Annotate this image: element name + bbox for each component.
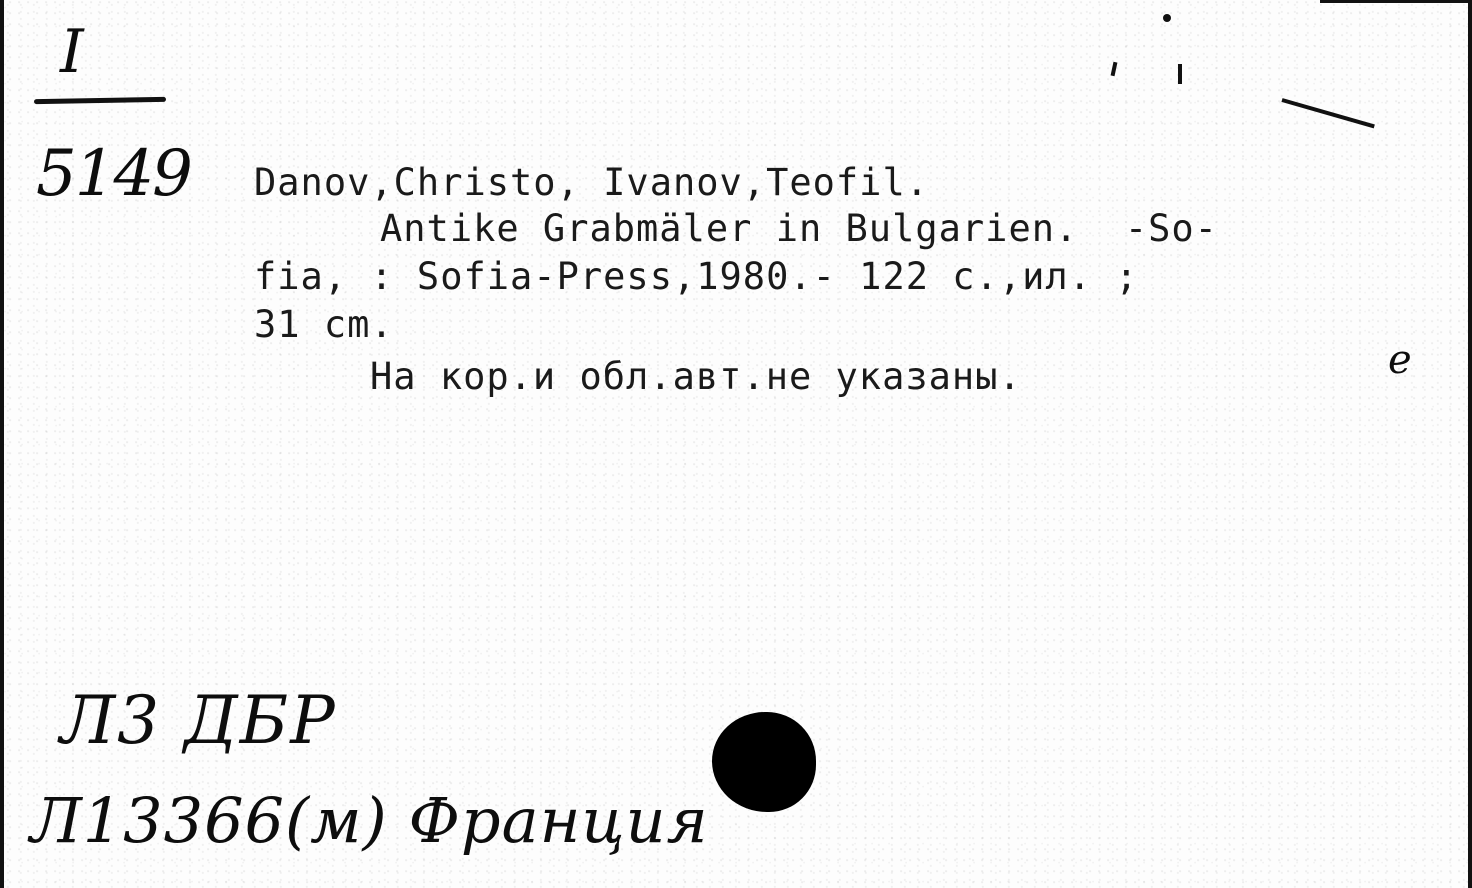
corner-handwritten-mark: e	[1388, 340, 1412, 380]
entry-authors: Danov,Christo, Ivanov,Teofil.	[254, 164, 929, 201]
shelfmark-series: I	[60, 22, 84, 82]
card-left-edge	[0, 0, 4, 888]
shelfmark-divider	[34, 97, 166, 104]
catalog-card: I 5149 Danov,Christo, Ivanov,Teofil. Ant…	[0, 0, 1472, 888]
shelfmark-number: 5149	[36, 142, 191, 206]
entry-dimensions: 31 cm.	[254, 306, 394, 343]
card-right-edge	[1468, 0, 1472, 888]
entry-note: На кор.и обл.авт.не указаны.	[370, 358, 1022, 395]
ink-mark	[1111, 62, 1118, 77]
ink-mark	[1178, 64, 1182, 84]
ink-dot	[1163, 14, 1171, 22]
pen-scratch	[1281, 98, 1374, 128]
handwritten-call-number-2: Л13366(м) Франция	[30, 790, 709, 852]
entry-title: Antike Grabmäler in Bulgarien. -So-	[380, 210, 1218, 247]
handwritten-call-number-1: Л3 ДБР	[60, 688, 337, 754]
card-top-edge	[1320, 0, 1472, 3]
punch-hole	[712, 712, 816, 812]
entry-imprint: fia, : Sofia-Press,1980.- 122 c.,ил. ;	[254, 258, 1138, 295]
